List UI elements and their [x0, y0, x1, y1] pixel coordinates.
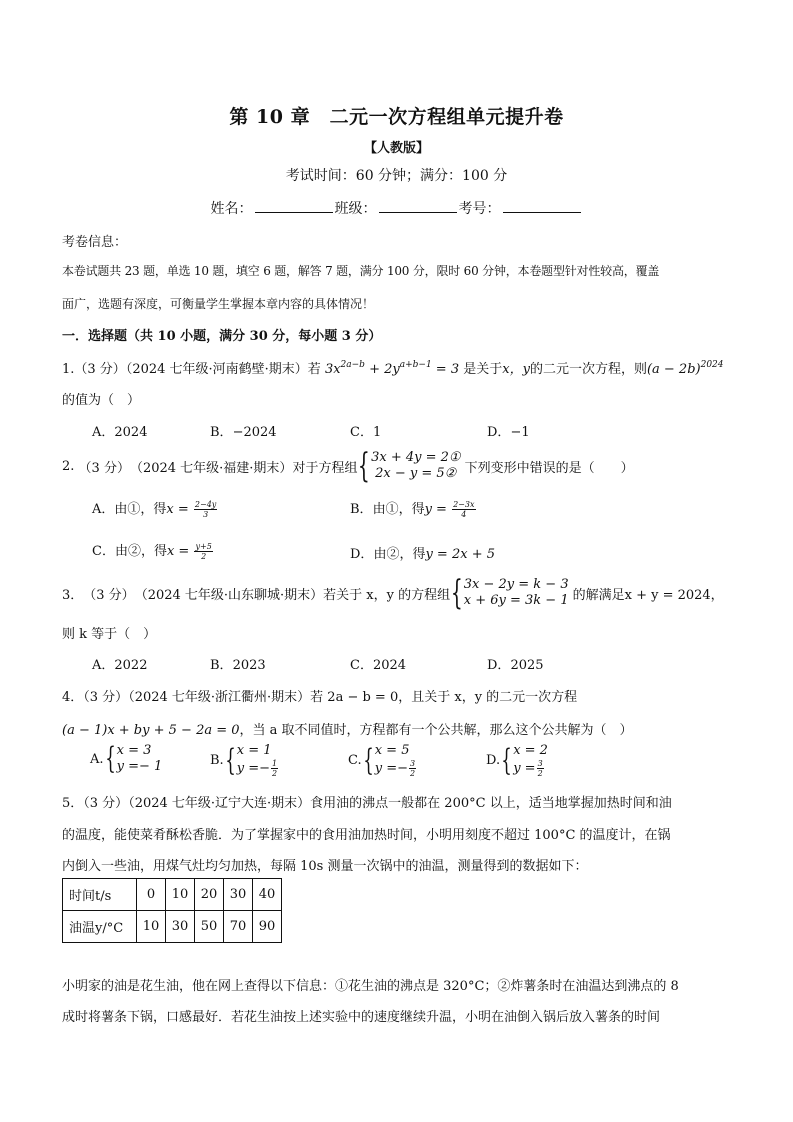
q2-equation-system: { 3x + 4y = 2① 2x − y = 5② [357, 449, 460, 483]
q1-option-d[interactable]: D．−1 [487, 421, 530, 440]
table-row: 时间t/s 0 10 20 30 40 [63, 879, 282, 911]
exam-page: 第 10 章 二元一次方程组单元提升卷 【人教版】 考试时间：60 分钟；满分：… [0, 0, 793, 1122]
id-blank [503, 200, 581, 213]
class-label: 班级： [335, 201, 377, 217]
question-1: 1.（3 分）（2024 七年级·河南鹤壁·期末）若 3x2a−b + 2ya+… [62, 358, 724, 377]
exam-time-score: 考试时间：60 分钟；满分：100 分 [0, 165, 793, 185]
q3-option-c[interactable]: C．2024 [350, 654, 406, 673]
q1-option-c[interactable]: C．1 [350, 421, 381, 440]
left-brace-icon: { [225, 746, 236, 776]
q1-option-b[interactable]: B．−2024 [210, 421, 277, 440]
name-blank [255, 200, 333, 213]
q2-option-a[interactable]: A．由①，得x = 2−4y3 [92, 498, 218, 519]
q4-option-a[interactable]: A. { x = 3y =− 1 [90, 743, 162, 775]
table-cell: 30 [166, 911, 195, 943]
section-title: 一．选择题（共 10 小题，满分 30 分，每小题 3 分） [62, 325, 381, 344]
info-heading: 考卷信息： [62, 231, 127, 250]
question-4-line-2: (a − 1)x + by + 5 − 2a = 0，当 a 取不同值时，方程都… [62, 719, 633, 738]
q4-option-c[interactable]: C. { x = 5y =−32 [348, 743, 417, 778]
question-1-line-2: 的值为（ ） [62, 389, 140, 408]
question-2: 2. （3 分）（2024 七年级·福建·期末）对于方程组 { 3x + 4y … [62, 449, 634, 483]
id-label: 考号： [459, 201, 501, 217]
q1-expression-2: (a − 2b)2024 [647, 362, 724, 377]
question-5: 5．（3 分）（2024 七年级·辽宁大连·期末）食用油的沸点一般都在 200°… [62, 792, 672, 811]
info-line-1: 本卷试题共 23 题，单选 10 题，填空 6 题，解答 7 题，满分 100 … [62, 262, 659, 279]
name-label: 姓名： [211, 201, 253, 217]
table-cell: 90 [253, 911, 282, 943]
page-title: 第 10 章 二元一次方程组单元提升卷 [0, 102, 793, 129]
table-row-header: 油温y/°C [63, 911, 137, 943]
table-cell: 10 [166, 879, 195, 911]
table-row: 油温y/°C 10 30 50 70 90 [63, 911, 282, 943]
q3-option-b[interactable]: B．2023 [210, 654, 266, 673]
question-5-line-4: 小明家的油是花生油，他在网上查得以下信息：①花生油的沸点是 320°C；②炸薯条… [62, 975, 679, 994]
q2-option-d[interactable]: D．由②，得y = 2x + 5 [350, 543, 495, 562]
left-brace-icon: { [363, 746, 374, 776]
table-cell: 30 [224, 879, 253, 911]
table-cell: 20 [195, 879, 224, 911]
fraction: 2−4y3 [194, 500, 217, 519]
info-line-2: 面广，选题有深度，可衡量学生掌握本章内容的具体情况！ [62, 295, 374, 312]
student-info-row: 姓名：班级：考号： [0, 198, 793, 218]
left-brace-icon: { [358, 449, 370, 483]
left-brace-icon: { [105, 744, 116, 774]
table-cell: 0 [137, 879, 166, 911]
left-brace-icon: { [501, 746, 512, 776]
table-cell: 50 [195, 911, 224, 943]
q2-option-c[interactable]: C．由②，得x = y+52 [92, 540, 214, 561]
table-cell: 40 [253, 879, 282, 911]
fraction: 2−3x4 [452, 500, 475, 519]
q1-expression: 3x2a−b + 2ya+b−1 = 3 [325, 362, 459, 377]
table-cell: 70 [224, 911, 253, 943]
left-brace-icon: { [451, 576, 463, 610]
q4-option-d[interactable]: D. { x = 2y =32 [486, 743, 548, 778]
q3-equation-system: { 3x − 2y = k − 3 x + 6y = 3k − 1 [450, 576, 568, 610]
question-5-line-2: 的温度，能使菜肴酥松香脆．为了掌握家中的食用油加热时间，小明用刻度不超过 100… [62, 824, 671, 843]
fraction: y+52 [194, 542, 212, 561]
question-4: 4．（3 分）（2024 七年级·浙江衢州·期末）若 2a − b = 0，且关… [62, 686, 577, 705]
edition-label: 【人教版】 [0, 137, 793, 156]
q3-option-a[interactable]: A．2022 [92, 654, 147, 673]
q4-option-b[interactable]: B. { x = 1y =−12 [210, 743, 279, 778]
question-3: 3．（3 分）（2024 七年级·山东聊城·期末）若关于 x，y 的方程组 { … [62, 576, 724, 610]
question-5-line-3: 内倒入一些油，用煤气灶均匀加热，每隔 10s 测量一次锅中的油温，测量得到的数据… [62, 855, 587, 874]
question-5-line-5: 成时将薯条下锅，口感最好．若花生油按上述实验中的速度继续升温，小明在油倒入锅后放… [62, 1006, 660, 1025]
question-3-line-2: 则 k 等于（ ） [62, 623, 156, 642]
class-blank [379, 200, 457, 213]
table-row-header: 时间t/s [63, 879, 137, 911]
oil-temperature-table: 时间t/s 0 10 20 30 40 油温y/°C 10 30 50 70 9… [62, 878, 282, 943]
q3-option-d[interactable]: D．2025 [487, 654, 544, 673]
q1-option-a[interactable]: A．2024 [92, 421, 147, 440]
q2-option-b[interactable]: B．由①，得y = 2−3x4 [350, 498, 477, 519]
table-cell: 10 [137, 911, 166, 943]
